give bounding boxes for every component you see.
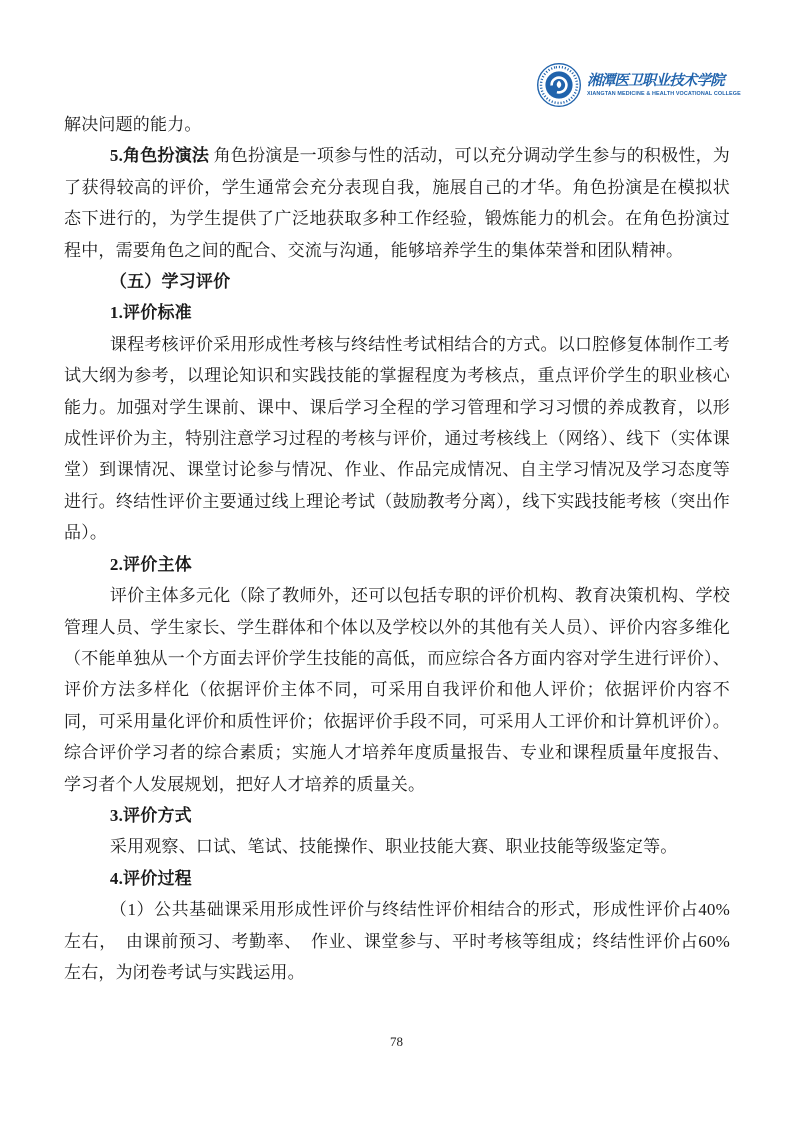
- paragraph-evaluation-method: 采用观察、口试、笔试、技能操作、职业技能大赛、职业技能等级鉴定等。: [64, 831, 730, 862]
- paragraph-evaluation-process: （1）公共基础课采用形成性评价与终结性评价相结合的形式，形成性评价占40%左右，…: [64, 894, 730, 988]
- college-logo: 湘潭医卫职业技术学院 XIANGTAN MEDICINE & HEALTH VO…: [536, 62, 793, 108]
- college-seal-icon: [536, 62, 582, 108]
- college-name-zh: 湘潭医卫职业技术学院: [587, 69, 793, 90]
- paragraph-role-play-method: 5.角色扮演法 角色扮演是一项参与性的活动，可以充分调动学生参与的积极性，为了获…: [64, 140, 730, 266]
- heading-evaluation-process: 4.评价过程: [64, 863, 730, 894]
- heading-evaluation-standard: 1.评价标准: [64, 297, 730, 328]
- page-footer: 78: [0, 1034, 793, 1050]
- section-heading-learning-evaluation: （五）学习评价: [64, 266, 730, 297]
- college-name-en: XIANGTAN MEDICINE & HEALTH VOCATIONAL CO…: [587, 90, 793, 96]
- paragraph-evaluation-subject: 评价主体多元化（除了教师外，还可以包括专职的评价机构、教育决策机构、学校管理人员…: [64, 580, 730, 800]
- heading-evaluation-subject: 2.评价主体: [64, 549, 730, 580]
- document-body: 解决问题的能力。 5.角色扮演法 角色扮演是一项参与性的活动，可以充分调动学生参…: [64, 109, 730, 988]
- document-page: 湘潭医卫职业技术学院 XIANGTAN MEDICINE & HEALTH VO…: [0, 0, 793, 1122]
- paragraph-continuation: 解决问题的能力。: [64, 109, 730, 140]
- role-play-method-label: 5.角色扮演法: [110, 146, 209, 165]
- college-name-block: 湘潭医卫职业技术学院 XIANGTAN MEDICINE & HEALTH VO…: [587, 69, 793, 100]
- heading-evaluation-method: 3.评价方式: [64, 800, 730, 831]
- page-number: 78: [390, 1034, 403, 1049]
- paragraph-evaluation-standard: 课程考核评价采用形成性考核与终结性考试相结合的方式。以口腔修复体制作工考试大纲为…: [64, 329, 730, 549]
